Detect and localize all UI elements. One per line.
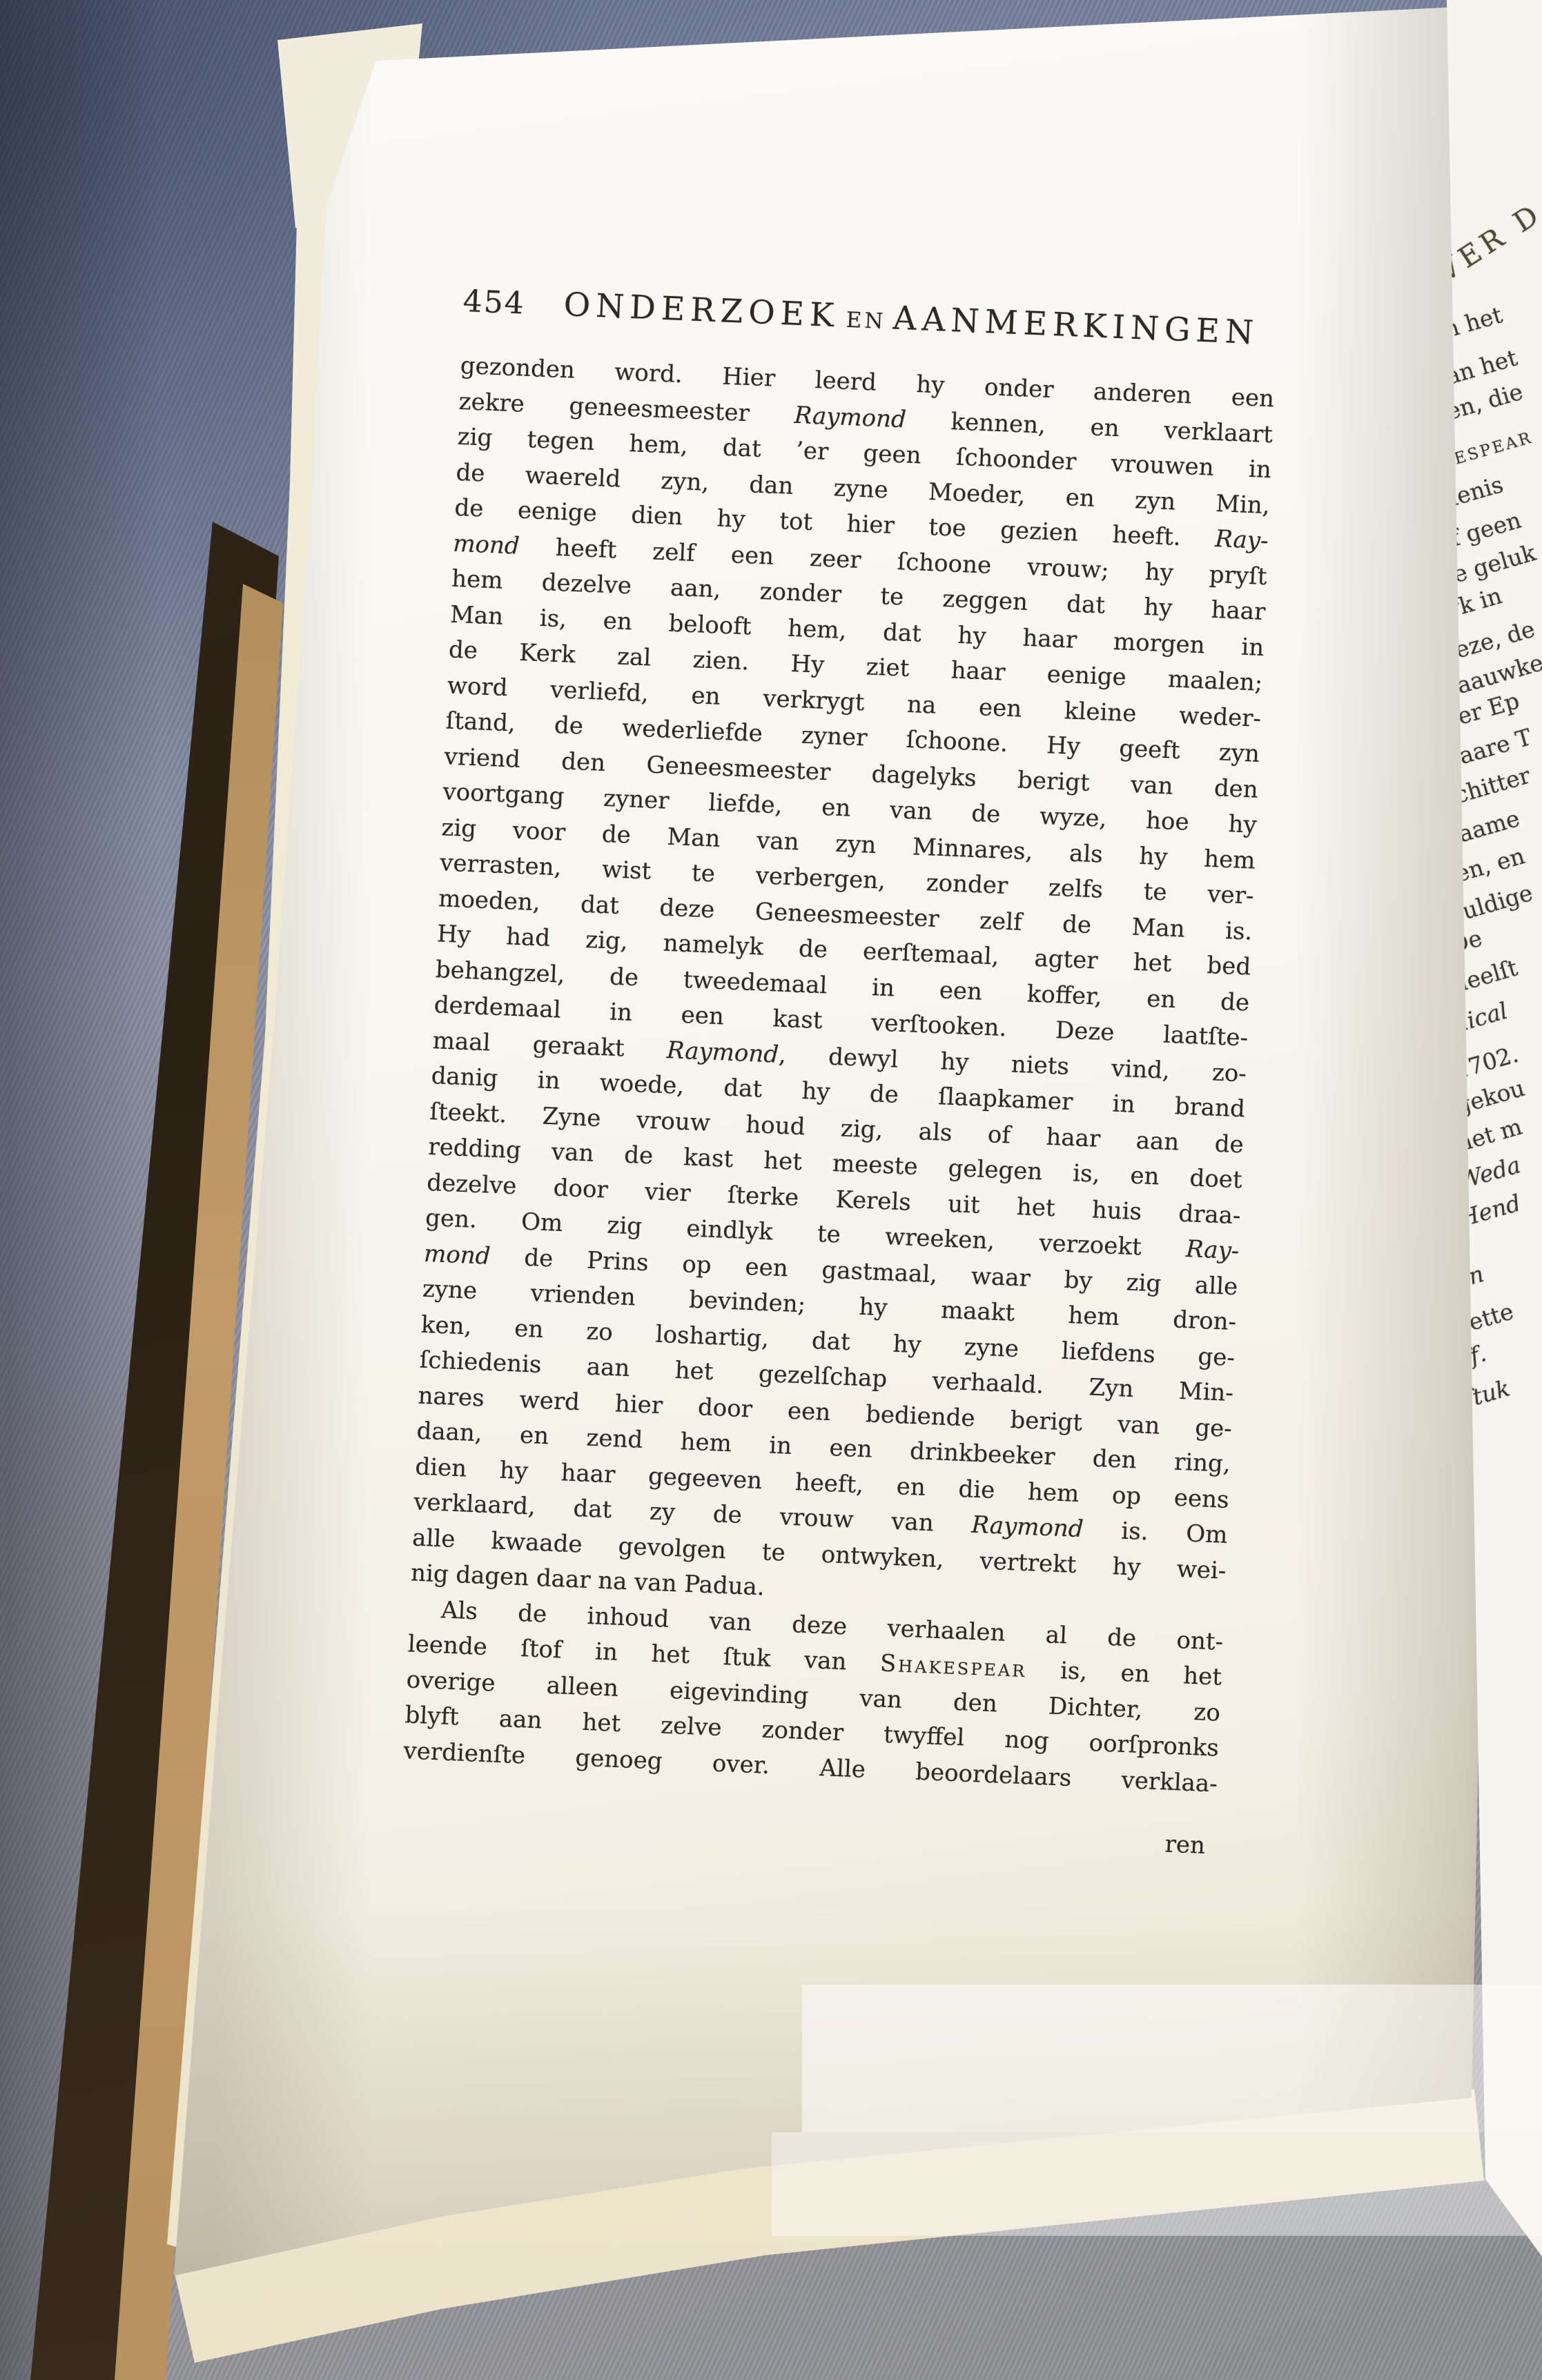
text-run: is. Om [1083, 1515, 1228, 1549]
italic-text: Ray- [1214, 525, 1269, 555]
italic-text: Raymond [666, 1036, 779, 1069]
italic-text: Raymond [794, 401, 907, 433]
page-number: 454 [462, 284, 526, 322]
printed-text-block: 454 ONDERZOEKENAANMERKINGEN gezonden wor… [400, 282, 1278, 1860]
body-text: gezonden word. Hier leerd hy onder ander… [403, 348, 1275, 1802]
italic-text: mond [423, 1239, 491, 1270]
italic-text: Raymond [971, 1511, 1084, 1544]
photo-of-book: { "header": { "page_number": "454", "tit… [0, 0, 1542, 2380]
text-run: is, en het [1026, 1655, 1222, 1691]
photo-retouch-patch [802, 1985, 1542, 2132]
photo-retouch-patch [772, 2132, 1542, 2236]
text-run: maal geraakt [432, 1027, 667, 1064]
italic-text: Ray- [1185, 1235, 1240, 1265]
running-title-conjunction: EN [846, 308, 886, 334]
italic-text: mond [453, 529, 520, 560]
catchword: ren [1164, 1831, 1206, 1860]
smallcaps-text: Shakespear [879, 1649, 1027, 1683]
